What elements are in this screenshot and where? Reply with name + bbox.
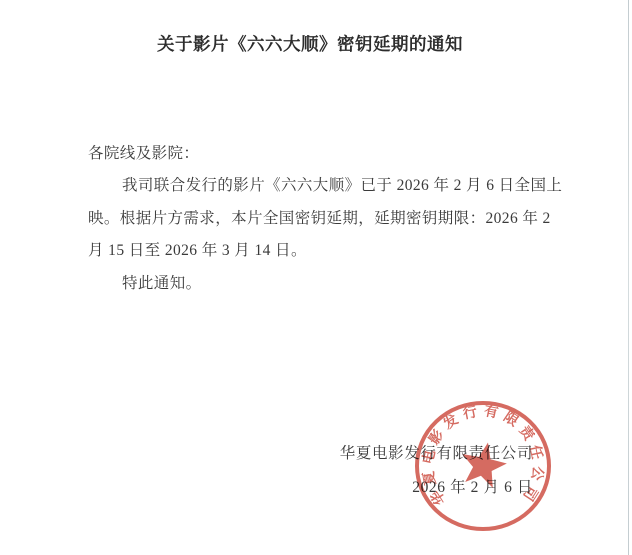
body-line: 映。根据片方需求，本片全国密钥延期，延期密钥期限：2026 年 2 (88, 206, 551, 228)
signature-block: 华夏电影发行有限责任公司 2026 年 2 月 6 日 (340, 437, 533, 505)
closing-line: 特此通知。 (122, 271, 202, 293)
salutation: 各院线及影院： (88, 141, 199, 163)
issue-date: 2026 年 2 月 6 日 (340, 471, 533, 505)
body-line: 月 15 日至 2026 年 3 月 14 日。 (88, 238, 307, 260)
issuer-signature: 华夏电影发行有限责任公司 (340, 437, 533, 471)
body-line: 我司联合发行的影片《六六大顺》已于 2026 年 2 月 6 日全国上 (122, 173, 562, 195)
scan-edge-line (628, 0, 629, 555)
document-title: 关于影片《六六大顺》密钥延期的通知 (0, 31, 620, 56)
scanned-notice-page: 关于影片《六六大顺》密钥延期的通知 各院线及影院： 我司联合发行的影片《六六大顺… (0, 0, 632, 555)
